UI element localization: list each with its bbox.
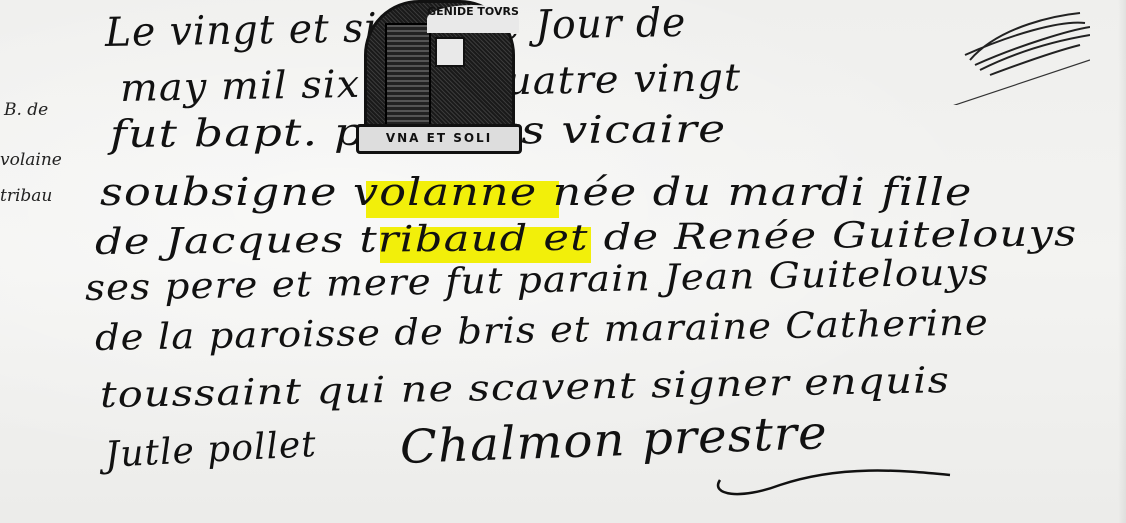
text-line-4: soubsigne volanne née du mardi fille [100, 170, 972, 214]
tax-stamp: GENIDE TOVRS VNA ET SOLI [356, 0, 516, 152]
scanned-register-page: GENIDE TOVRS VNA ET SOLI Le vingt et six… [0, 0, 1126, 523]
margin-note-line-1: B. de [4, 100, 48, 120]
stamp-bottom-text: VNA ET SOLI [356, 124, 522, 154]
signature-flourish [700, 440, 980, 500]
stamp-tower-icon [385, 23, 431, 127]
page-edge-shadow [1118, 0, 1126, 523]
stamp-top-text: GENIDE TOVRS [427, 5, 519, 33]
margin-note-line-3: tribau [0, 186, 52, 206]
margin-note-line-2: volaine [0, 150, 62, 170]
stamp-flag-icon [435, 37, 465, 67]
crossed-out-scribble [940, 5, 1090, 105]
text-line-7: de la paroisse de bris et maraine Cather… [95, 302, 989, 359]
stamp-body: GENIDE TOVRS [364, 0, 515, 136]
text-line-9: Jutle pollet [104, 424, 318, 476]
